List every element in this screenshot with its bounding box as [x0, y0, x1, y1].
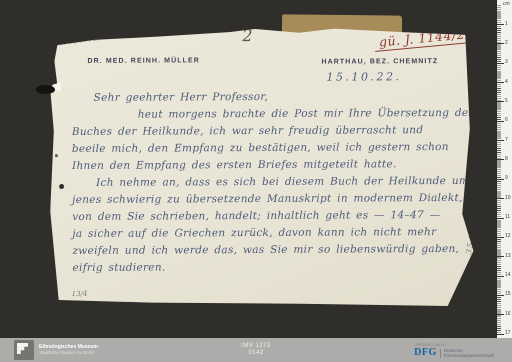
- ruler-cm-tick: [497, 63, 504, 64]
- ruler-unit-label: cm: [503, 1, 510, 7]
- ruler-cm-label: 8: [505, 157, 508, 162]
- ruler-cm-label: 4: [505, 80, 508, 85]
- ruler-cm-tick: [497, 140, 504, 141]
- ruler-cm-label: 1: [505, 22, 508, 27]
- ruler-cm-label: 11: [505, 215, 510, 220]
- funder-name-line2: Forschungsgemeinschaft: [444, 353, 494, 358]
- pencil-annotation: Fr. Mn. lu.: [53, 34, 102, 48]
- ruler-cm-label: 10: [505, 196, 511, 201]
- page-number: 2: [242, 26, 252, 45]
- ruler-cm-label: 16: [505, 312, 511, 317]
- ruler-cm-label: 3: [505, 60, 508, 65]
- letter-line: Ihnen den Empfang des ersten Briefes mit…: [72, 156, 474, 175]
- ruler-cm-label: 13: [505, 254, 511, 259]
- scan-number: 0142: [241, 350, 271, 357]
- punch-hole-small: [55, 154, 58, 157]
- ruler-cm-tick: [497, 237, 504, 238]
- ruler-cm-label: 14: [505, 273, 511, 278]
- ruler-cm-tick: [497, 276, 504, 277]
- ruler-cm-tick: [497, 82, 504, 83]
- letter-line: beeile mich, den Empfang zu bestätigen, …: [72, 139, 474, 158]
- archive-footer: Ethnologisches Museum Staatliche Museen …: [0, 338, 512, 362]
- dfg-logo: DFG Deutsche Forschungsgemeinschaft: [414, 348, 494, 358]
- ruler-cm-tick: [497, 295, 504, 296]
- ruler-cm-label: 7: [505, 138, 508, 143]
- ruler-cm-tick: [497, 43, 504, 44]
- ruler-cm-label: 2: [505, 41, 508, 46]
- museum-organization: Staatliche Museen zu Berlin: [39, 350, 98, 356]
- dfg-wordmark: DFG: [414, 348, 437, 358]
- museum-branding: Ethnologisches Museum Staatliche Museen …: [14, 340, 98, 360]
- ruler-cm-label: 9: [505, 176, 508, 181]
- dfg-logo-divider: [440, 349, 441, 358]
- ruler-cm-tick: [497, 159, 504, 160]
- ruler-cm-label: 5: [505, 99, 508, 104]
- fastener-mark: [36, 85, 55, 94]
- letter-line: heut morgens brachte die Post mir Ihre Ü…: [138, 105, 474, 124]
- letter-body: Sehr geehrter Herr Professor,heut morgen…: [72, 88, 475, 277]
- letter-line: Sehr geehrter Herr Professor,: [94, 88, 474, 107]
- ruler-cm-label: 6: [505, 118, 508, 123]
- museum-logo-icon: [14, 340, 34, 360]
- letter-line: zweifeln und ich werde das, was Sie mir …: [72, 241, 474, 260]
- ruler-cm-tick: [497, 314, 504, 315]
- letter-line: eifrig studieren.: [72, 258, 474, 277]
- ruler-cm-tick: [497, 121, 504, 122]
- ruler-cm-label: 12: [505, 234, 511, 239]
- letter-line: von dem Sie schrieben, handelt; inhaltli…: [72, 207, 474, 226]
- ruler-cm-tick: [497, 24, 504, 25]
- letter-line: ja sicher auf die Griechen zurück, davon…: [72, 224, 474, 243]
- museum-text: Ethnologisches Museum Staatliche Museen …: [39, 344, 98, 356]
- letter-page: Fr. Mn. lu. 2 gü. J. 1144/22 DR. MED. RE…: [44, 24, 478, 314]
- ruler-cm-tick: [497, 334, 504, 335]
- ruler-cm-label: 15: [505, 292, 511, 297]
- ruler-cm-tick: [497, 179, 504, 180]
- ruler-cm-tick: [497, 101, 504, 102]
- scan-identifiers: IMV 1272 0142: [241, 338, 271, 362]
- cm-ruler: cm 1234567891011121314151617: [495, 0, 512, 338]
- ruler-cm-label: 17: [505, 331, 511, 336]
- inventory-id: IMV 1272: [241, 343, 271, 350]
- letter-line: Ich nehme an, dass es sich bei diesem Bu…: [96, 173, 474, 192]
- ruler-cm-tick: [497, 256, 504, 257]
- bottom-pencil-annotation: 13/4: [72, 290, 88, 298]
- funder-name: Deutsche Forschungsgemeinschaft: [444, 348, 494, 358]
- ruler-mm-ticks: [497, 5, 501, 335]
- letter-date: 15.10.22.: [326, 70, 401, 83]
- punch-hole: [59, 184, 64, 189]
- letterhead-doctor: DR. MED. REINH. MÜLLER: [87, 57, 200, 65]
- letter-line: jenes schwierig zu übersetzende Manuskri…: [72, 190, 474, 209]
- ruler-cm-tick: [497, 198, 504, 199]
- funder-branding: Gefördert durch DFG Deutsche Forschungsg…: [414, 342, 494, 358]
- scan-viewer: Fr. Mn. lu. 2 gü. J. 1144/22 DR. MED. RE…: [0, 0, 512, 362]
- ruler-cm-tick: [497, 218, 504, 219]
- letterhead-place: HARTHAU, BEZ. CHEMNITZ: [321, 58, 438, 66]
- letter-line: Buches der Heilkunde, ich war sehr freud…: [72, 122, 474, 141]
- staircase-icon: [17, 343, 28, 354]
